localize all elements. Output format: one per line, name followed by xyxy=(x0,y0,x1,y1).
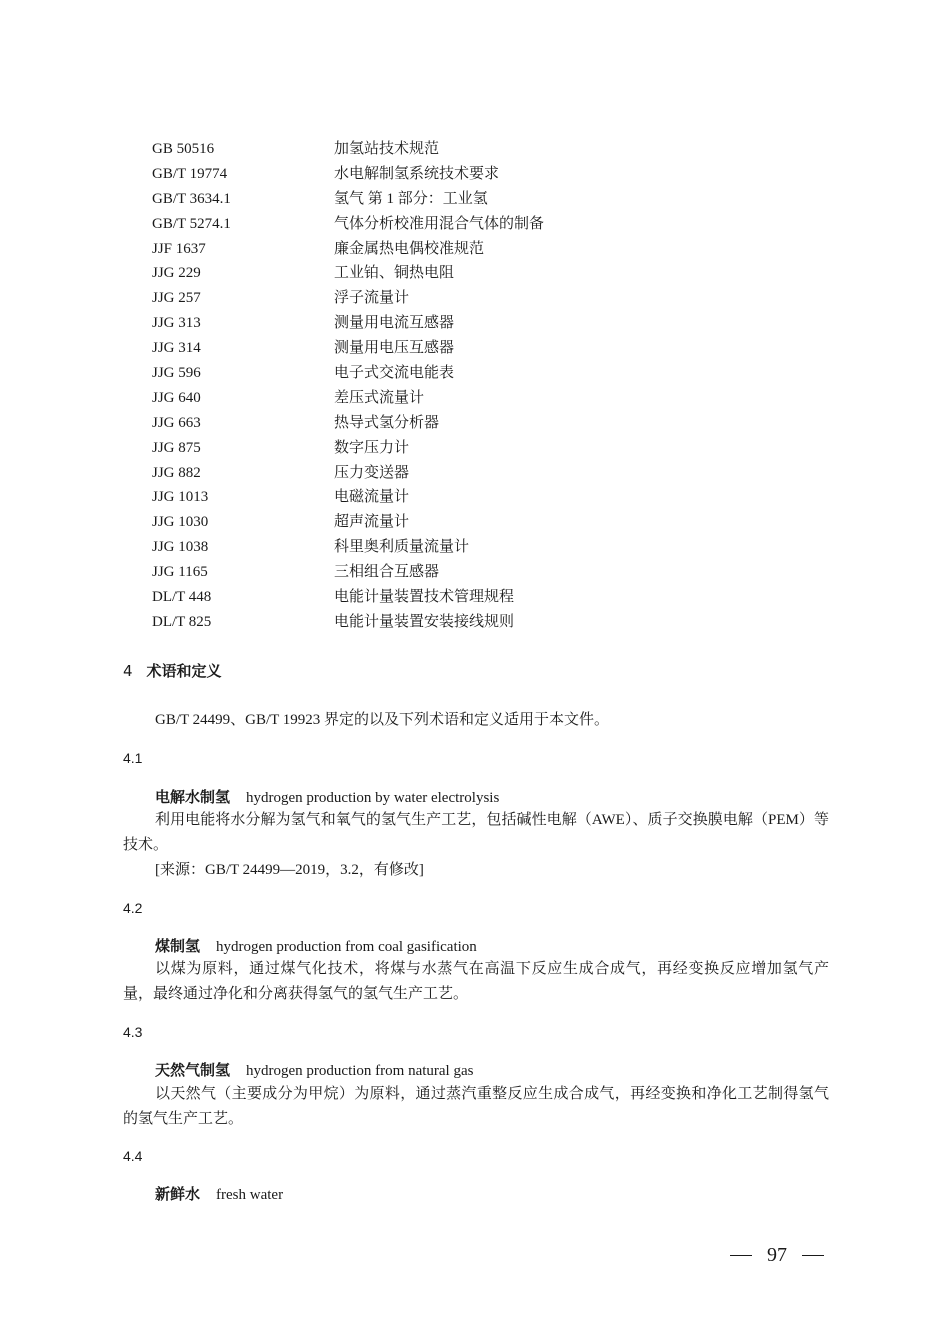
term-entry: 电解水制氢hydrogen production by water electr… xyxy=(155,785,499,810)
reference-code: JJG 1030 xyxy=(152,510,334,535)
reference-title: 电磁流量计 xyxy=(334,485,409,510)
reference-code: JJG 257 xyxy=(152,286,334,311)
reference-code: JJG 596 xyxy=(152,361,334,386)
reference-row: JJG 640 差压式流量计 xyxy=(152,386,652,411)
reference-title: 差压式流量计 xyxy=(334,386,424,411)
term-chinese: 电解水制氢 xyxy=(155,788,230,806)
clause-number: 4.4 xyxy=(123,1146,142,1166)
reference-title: 测量用电流互感器 xyxy=(334,311,454,336)
reference-row: JJG 1013 电磁流量计 xyxy=(152,485,652,510)
section-heading: 4术语和定义 xyxy=(123,660,222,682)
reference-row: JJG 257 浮子流量计 xyxy=(152,286,652,311)
reference-title: 气体分析校准用混合气体的制备 xyxy=(334,212,544,237)
normative-references-list: GB 50516 加氢站技术规范 GB/T 19774 水电解制氢系统技术要求 … xyxy=(152,137,652,635)
page-number: 97 xyxy=(730,1242,824,1268)
reference-code: GB/T 19774 xyxy=(152,162,334,187)
clause-number: 4.1 xyxy=(123,748,142,768)
term-entry: 新鲜水fresh water xyxy=(155,1182,283,1207)
reference-row: JJF 1637 廉金属热电偶校准规范 xyxy=(152,237,652,262)
reference-code: JJG 663 xyxy=(152,411,334,436)
reference-row: GB/T 5274.1 气体分析校准用混合气体的制备 xyxy=(152,212,652,237)
reference-code: JJF 1637 xyxy=(152,237,334,262)
reference-title: 水电解制氢系统技术要求 xyxy=(334,162,499,187)
term-english: fresh water xyxy=(216,1187,283,1203)
reference-row: JJG 1038 科里奥利质量流量计 xyxy=(152,535,652,560)
reference-title: 电能计量装置技术管理规程 xyxy=(334,585,514,610)
reference-title: 浮子流量计 xyxy=(334,286,409,311)
reference-row: DL/T 825 电能计量装置安装接线规则 xyxy=(152,610,652,635)
section-number: 4 xyxy=(123,662,133,680)
clause-number: 4.2 xyxy=(123,898,142,918)
reference-row: JJG 882 压力变送器 xyxy=(152,461,652,486)
reference-title: 加氢站技术规范 xyxy=(334,137,439,162)
reference-code: GB 50516 xyxy=(152,137,334,162)
term-definition: 以天然气（主要成分为甲烷）为原料，通过蒸汽重整反应生成合成气，再经变换和净化工艺… xyxy=(123,1082,829,1132)
reference-code: JJG 1038 xyxy=(152,535,334,560)
reference-row: JJG 875 数字压力计 xyxy=(152,436,652,461)
term-definition: 利用电能将水分解为氢气和氧气的氢气生产工艺，包括碱性电解（AWE）、质子交换膜电… xyxy=(123,808,829,858)
term-entry: 煤制氢hydrogen production from coal gasific… xyxy=(155,934,477,959)
term-chinese: 煤制氢 xyxy=(155,937,200,955)
reference-title: 热导式氢分析器 xyxy=(334,411,439,436)
reference-row: GB 50516 加氢站技术规范 xyxy=(152,137,652,162)
reference-title: 电子式交流电能表 xyxy=(334,361,454,386)
reference-code: JJG 882 xyxy=(152,461,334,486)
reference-title: 氢气 第 1 部分：工业氢 xyxy=(334,187,488,212)
term-definition: 以煤为原料，通过煤气化技术，将煤与水蒸气在高温下反应生成合成气，再经变换反应增加… xyxy=(123,957,829,1007)
reference-row: DL/T 448 电能计量装置技术管理规程 xyxy=(152,585,652,610)
reference-code: JJG 313 xyxy=(152,311,334,336)
document-page: GB 50516 加氢站技术规范 GB/T 19774 水电解制氢系统技术要求 … xyxy=(0,0,950,1344)
term-english: hydrogen production from coal gasificati… xyxy=(216,939,477,955)
reference-code: GB/T 5274.1 xyxy=(152,212,334,237)
reference-row: JJG 314 测量用电压互感器 xyxy=(152,336,652,361)
reference-row: JJG 1030 超声流量计 xyxy=(152,510,652,535)
reference-title: 测量用电压互感器 xyxy=(334,336,454,361)
reference-title: 压力变送器 xyxy=(334,461,409,486)
dash-decoration xyxy=(802,1255,824,1256)
reference-code: JJG 1013 xyxy=(152,485,334,510)
reference-row: JJG 1165 三相组合互感器 xyxy=(152,560,652,585)
reference-code: JJG 875 xyxy=(152,436,334,461)
reference-code: JJG 640 xyxy=(152,386,334,411)
reference-row: JJG 313 测量用电流互感器 xyxy=(152,311,652,336)
reference-title: 电能计量装置安装接线规则 xyxy=(334,610,514,635)
reference-row: JJG 229 工业铂、铜热电阻 xyxy=(152,261,652,286)
reference-row: GB/T 3634.1 氢气 第 1 部分：工业氢 xyxy=(152,187,652,212)
reference-code: GB/T 3634.1 xyxy=(152,187,334,212)
reference-code: DL/T 448 xyxy=(152,585,334,610)
clause-number: 4.3 xyxy=(123,1022,142,1042)
reference-title: 超声流量计 xyxy=(334,510,409,535)
section-title: 术语和定义 xyxy=(147,662,222,680)
term-chinese: 天然气制氢 xyxy=(155,1061,230,1079)
reference-code: DL/T 825 xyxy=(152,610,334,635)
reference-code: JJG 1165 xyxy=(152,560,334,585)
reference-row: GB/T 19774 水电解制氢系统技术要求 xyxy=(152,162,652,187)
term-english: hydrogen production by water electrolysi… xyxy=(246,790,499,806)
reference-code: JJG 314 xyxy=(152,336,334,361)
reference-title: 廉金属热电偶校准规范 xyxy=(334,237,484,262)
reference-title: 工业铂、铜热电阻 xyxy=(334,261,454,286)
reference-title: 三相组合互感器 xyxy=(334,560,439,585)
term-english: hydrogen production from natural gas xyxy=(246,1063,473,1079)
reference-title: 数字压力计 xyxy=(334,436,409,461)
page-number-value: 97 xyxy=(767,1242,787,1268)
reference-title: 科里奥利质量流量计 xyxy=(334,535,469,560)
dash-decoration xyxy=(730,1255,752,1256)
term-source: [来源：GB/T 24499—2019，3.2，有修改] xyxy=(123,858,829,883)
term-entry: 天然气制氢hydrogen production from natural ga… xyxy=(155,1058,473,1083)
reference-code: JJG 229 xyxy=(152,261,334,286)
reference-row: JJG 596 电子式交流电能表 xyxy=(152,361,652,386)
term-chinese: 新鲜水 xyxy=(155,1185,200,1203)
reference-row: JJG 663 热导式氢分析器 xyxy=(152,411,652,436)
section-intro: GB/T 24499、GB/T 19923 界定的以及下列术语和定义适用于本文件… xyxy=(123,708,829,733)
